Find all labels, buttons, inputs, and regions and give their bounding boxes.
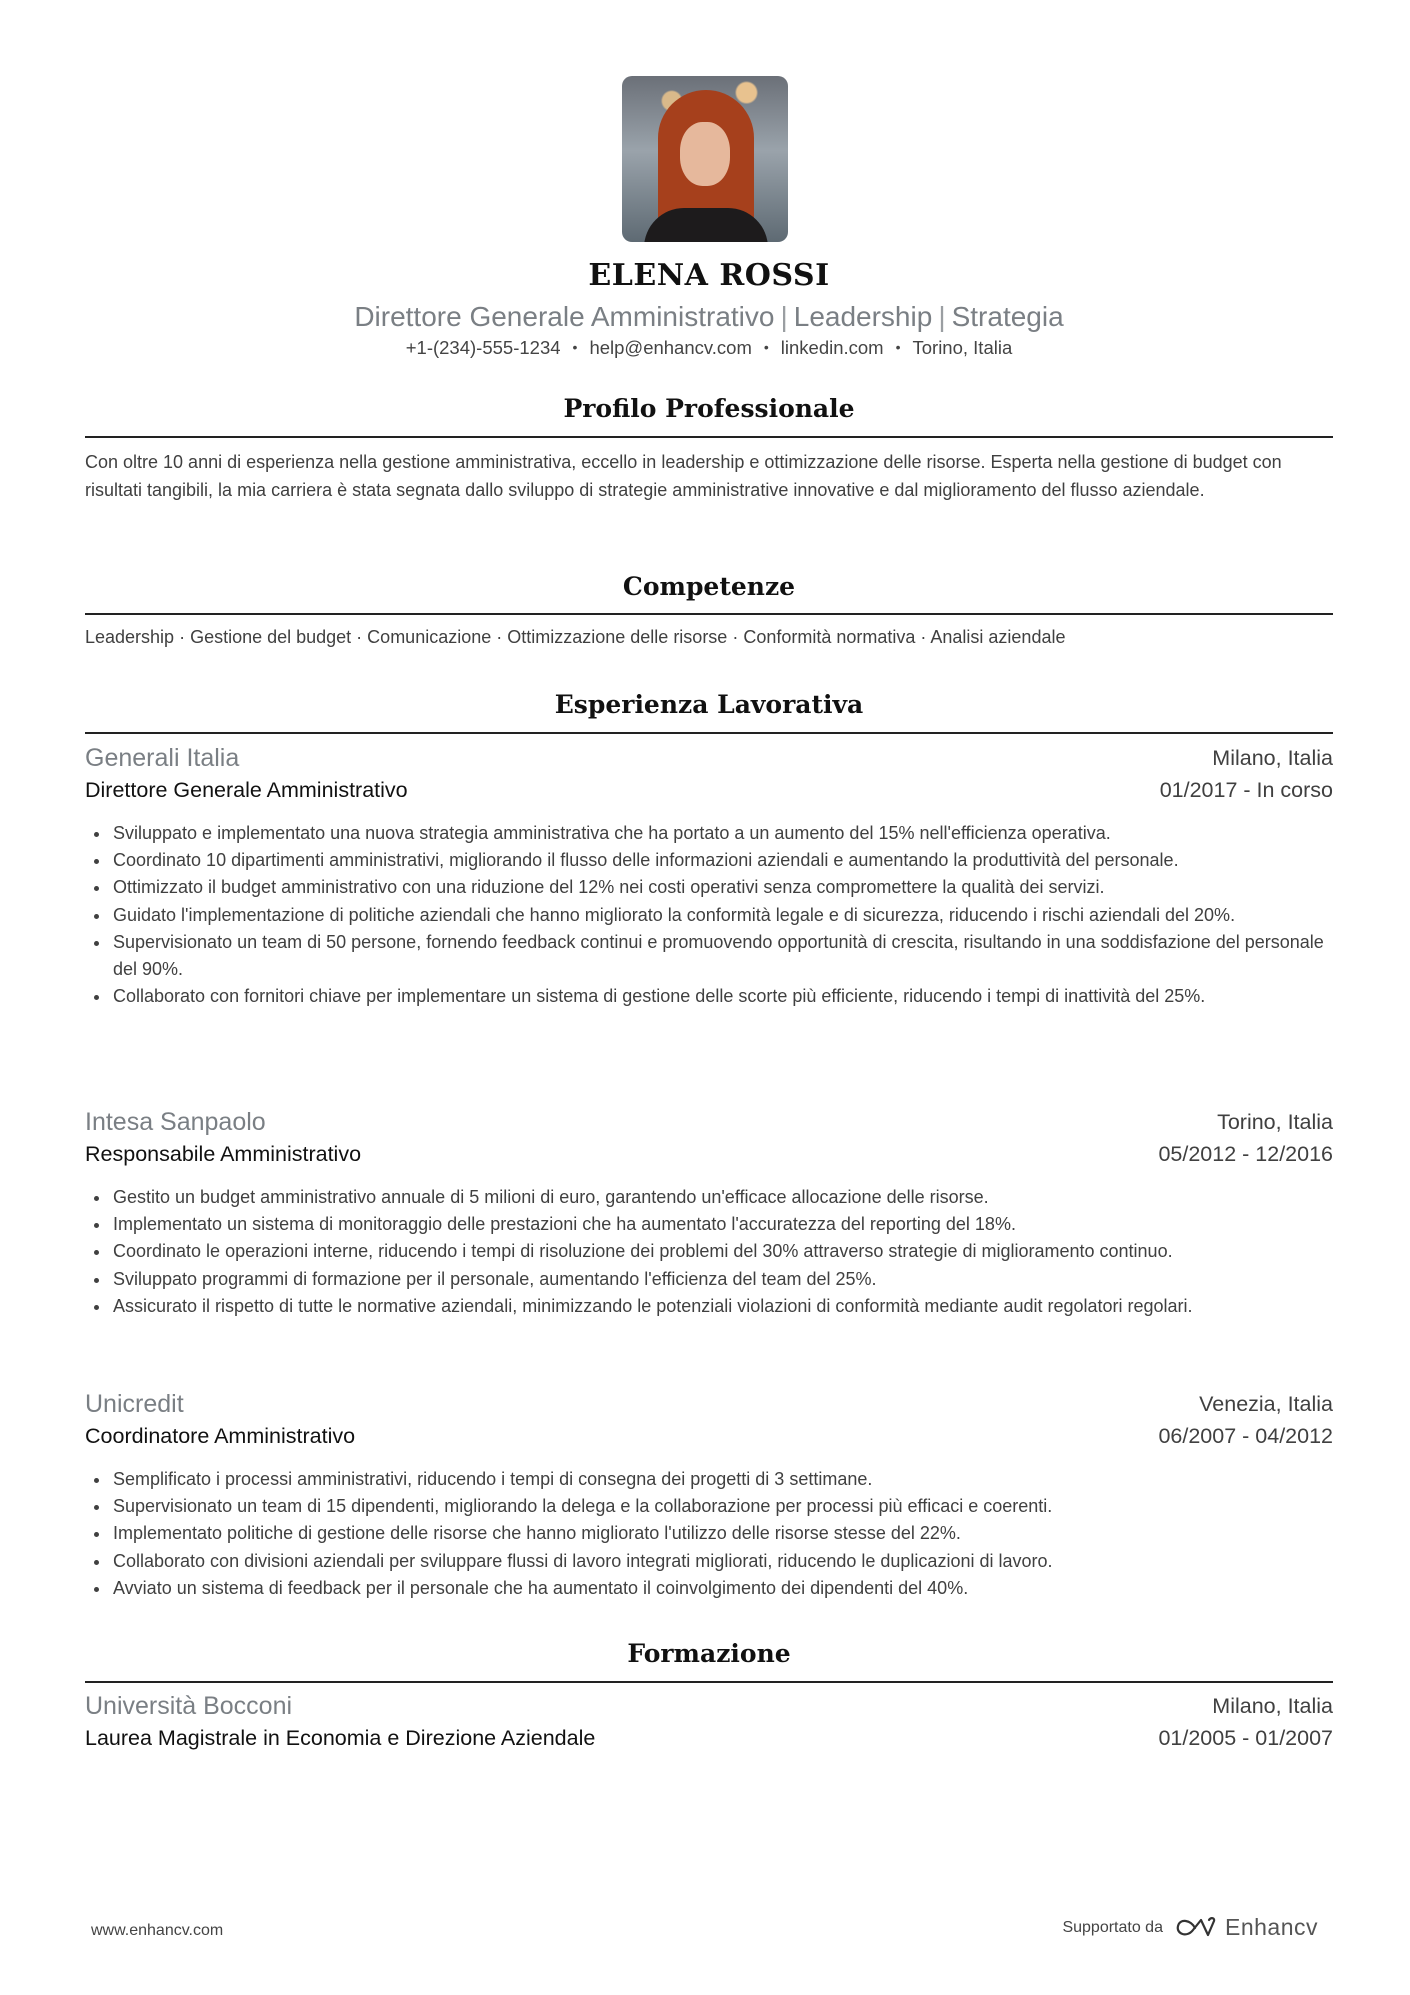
skills-list: Leadership · Gestione del budget · Comun… <box>85 627 1333 648</box>
entry-header-row: Generali Italia Milano, Italia <box>85 744 1333 778</box>
experience-entry: Generali Italia Milano, Italia Direttore… <box>85 744 1333 1010</box>
entry-header-row: Intesa Sanpaolo Torino, Italia <box>85 1108 1333 1142</box>
job-title: Responsabile Amministrativo <box>85 1142 361 1167</box>
location: Torino, Italia <box>913 337 1013 358</box>
email-link[interactable]: help@enhancv.com <box>589 337 751 358</box>
headline-separator: | <box>938 301 945 332</box>
section-title-education: Formazione <box>85 1639 1333 1668</box>
headline-part: Leadership <box>794 301 933 332</box>
achievement-list: Sviluppato e implementato una nuova stra… <box>85 820 1333 1010</box>
company-name: Unicredit <box>85 1390 184 1419</box>
brand-name: Enhancv <box>1225 1914 1318 1941</box>
achievement-item: Coordinato le operazioni interne, riduce… <box>113 1238 1333 1265</box>
section-divider <box>85 613 1333 615</box>
linkedin-link[interactable]: linkedin.com <box>781 337 884 358</box>
section-title-profile: Profilo Professionale <box>85 394 1333 423</box>
achievement-item: Coordinato 10 dipartimenti amministrativ… <box>113 847 1333 874</box>
powered-by-label: Supportato da <box>1062 1919 1163 1937</box>
entry-subheader-row: Coordinatore Amministrativo 06/2007 - 04… <box>85 1424 1333 1458</box>
entry-header-row: Unicredit Venezia, Italia <box>85 1390 1333 1424</box>
entry-subheader-row: Responsabile Amministrativo 05/2012 - 12… <box>85 1142 1333 1176</box>
job-dates: 05/2012 - 12/2016 <box>1158 1142 1333 1167</box>
achievement-item: Semplificato i processi amministrativi, … <box>113 1466 1333 1493</box>
phone[interactable]: +1-(234)-555-1234 <box>406 337 561 358</box>
achievement-item: Supervisionato un team di 50 persone, fo… <box>113 929 1333 983</box>
footer-website-link[interactable]: www.enhancv.com <box>91 1922 223 1940</box>
company-name: Generali Italia <box>85 744 239 773</box>
achievement-list: Gestito un budget amministrativo annuale… <box>85 1184 1333 1320</box>
achievement-item: Implementato politiche di gestione delle… <box>113 1520 1333 1547</box>
photo-face <box>680 122 730 186</box>
achievement-item: Collaborato con divisioni aziendali per … <box>113 1548 1333 1575</box>
achievement-item: Collaborato con fornitori chiave per imp… <box>113 983 1333 1010</box>
job-location: Venezia, Italia <box>1199 1392 1333 1417</box>
achievement-item: Gestito un budget amministrativo annuale… <box>113 1184 1333 1211</box>
section-title-experience: Esperienza Lavorativa <box>85 690 1333 719</box>
achievement-item: Avviato un sistema di feedback per il pe… <box>113 1575 1333 1602</box>
section-divider <box>85 732 1333 734</box>
company-name: Intesa Sanpaolo <box>85 1108 266 1137</box>
school-location: Milano, Italia <box>1212 1694 1333 1719</box>
achievement-item: Implementato un sistema di monitoraggio … <box>113 1211 1333 1238</box>
education-entry: Università Bocconi Milano, Italia Laurea… <box>85 1692 1333 1760</box>
enhancv-logo-icon <box>1175 1915 1217 1941</box>
education-dates: 01/2005 - 01/2007 <box>1158 1726 1333 1751</box>
section-divider <box>85 1681 1333 1683</box>
experience-entry: Intesa Sanpaolo Torino, Italia Responsab… <box>85 1108 1333 1320</box>
profile-photo <box>622 76 788 242</box>
entry-subheader-row: Direttore Generale Amministrativo 01/201… <box>85 778 1333 812</box>
achievement-item: Supervisionato un team di 15 dipendenti,… <box>113 1493 1333 1520</box>
achievement-item: Ottimizzato il budget amministrativo con… <box>113 874 1333 901</box>
contact-separator: • <box>896 339 901 355</box>
job-location: Torino, Italia <box>1217 1110 1333 1135</box>
achievement-list: Semplificato i processi amministrativi, … <box>85 1466 1333 1602</box>
achievement-item: Sviluppato e implementato una nuova stra… <box>113 820 1333 847</box>
job-title: Direttore Generale Amministrativo <box>85 778 408 803</box>
achievement-item: Guidato l'implementazione di politiche a… <box>113 902 1333 929</box>
job-location: Milano, Italia <box>1212 746 1333 771</box>
profile-summary: Con oltre 10 anni di esperienza nella ge… <box>85 449 1333 504</box>
achievement-item: Assicurato il rispetto di tutte le norma… <box>113 1293 1333 1320</box>
section-divider <box>85 436 1333 438</box>
degree: Laurea Magistrale in Economia e Direzion… <box>85 1726 595 1751</box>
headline: Direttore Generale Amministrativo|Leader… <box>85 301 1333 333</box>
contact-info: +1-(234)-555-1234•help@enhancv.com•linke… <box>85 337 1333 359</box>
entry-header-row: Università Bocconi Milano, Italia <box>85 1692 1333 1726</box>
job-title: Coordinatore Amministrativo <box>85 1424 355 1449</box>
experience-entry: Unicredit Venezia, Italia Coordinatore A… <box>85 1390 1333 1602</box>
contact-separator: • <box>764 339 769 355</box>
candidate-name: ELENA ROSSI <box>85 258 1333 293</box>
section-title-skills: Competenze <box>85 572 1333 601</box>
job-dates: 06/2007 - 04/2012 <box>1158 1424 1333 1449</box>
footer-branding[interactable]: Supportato da Enhancv <box>1062 1914 1318 1941</box>
entry-subheader-row: Laurea Magistrale in Economia e Direzion… <box>85 1726 1333 1760</box>
headline-part: Strategia <box>952 301 1064 332</box>
achievement-item: Sviluppato programmi di formazione per i… <box>113 1266 1333 1293</box>
contact-separator: • <box>573 339 578 355</box>
headline-part: Direttore Generale Amministrativo <box>354 301 774 332</box>
headline-separator: | <box>780 301 787 332</box>
school-name: Università Bocconi <box>85 1692 292 1721</box>
job-dates: 01/2017 - In corso <box>1160 778 1333 803</box>
